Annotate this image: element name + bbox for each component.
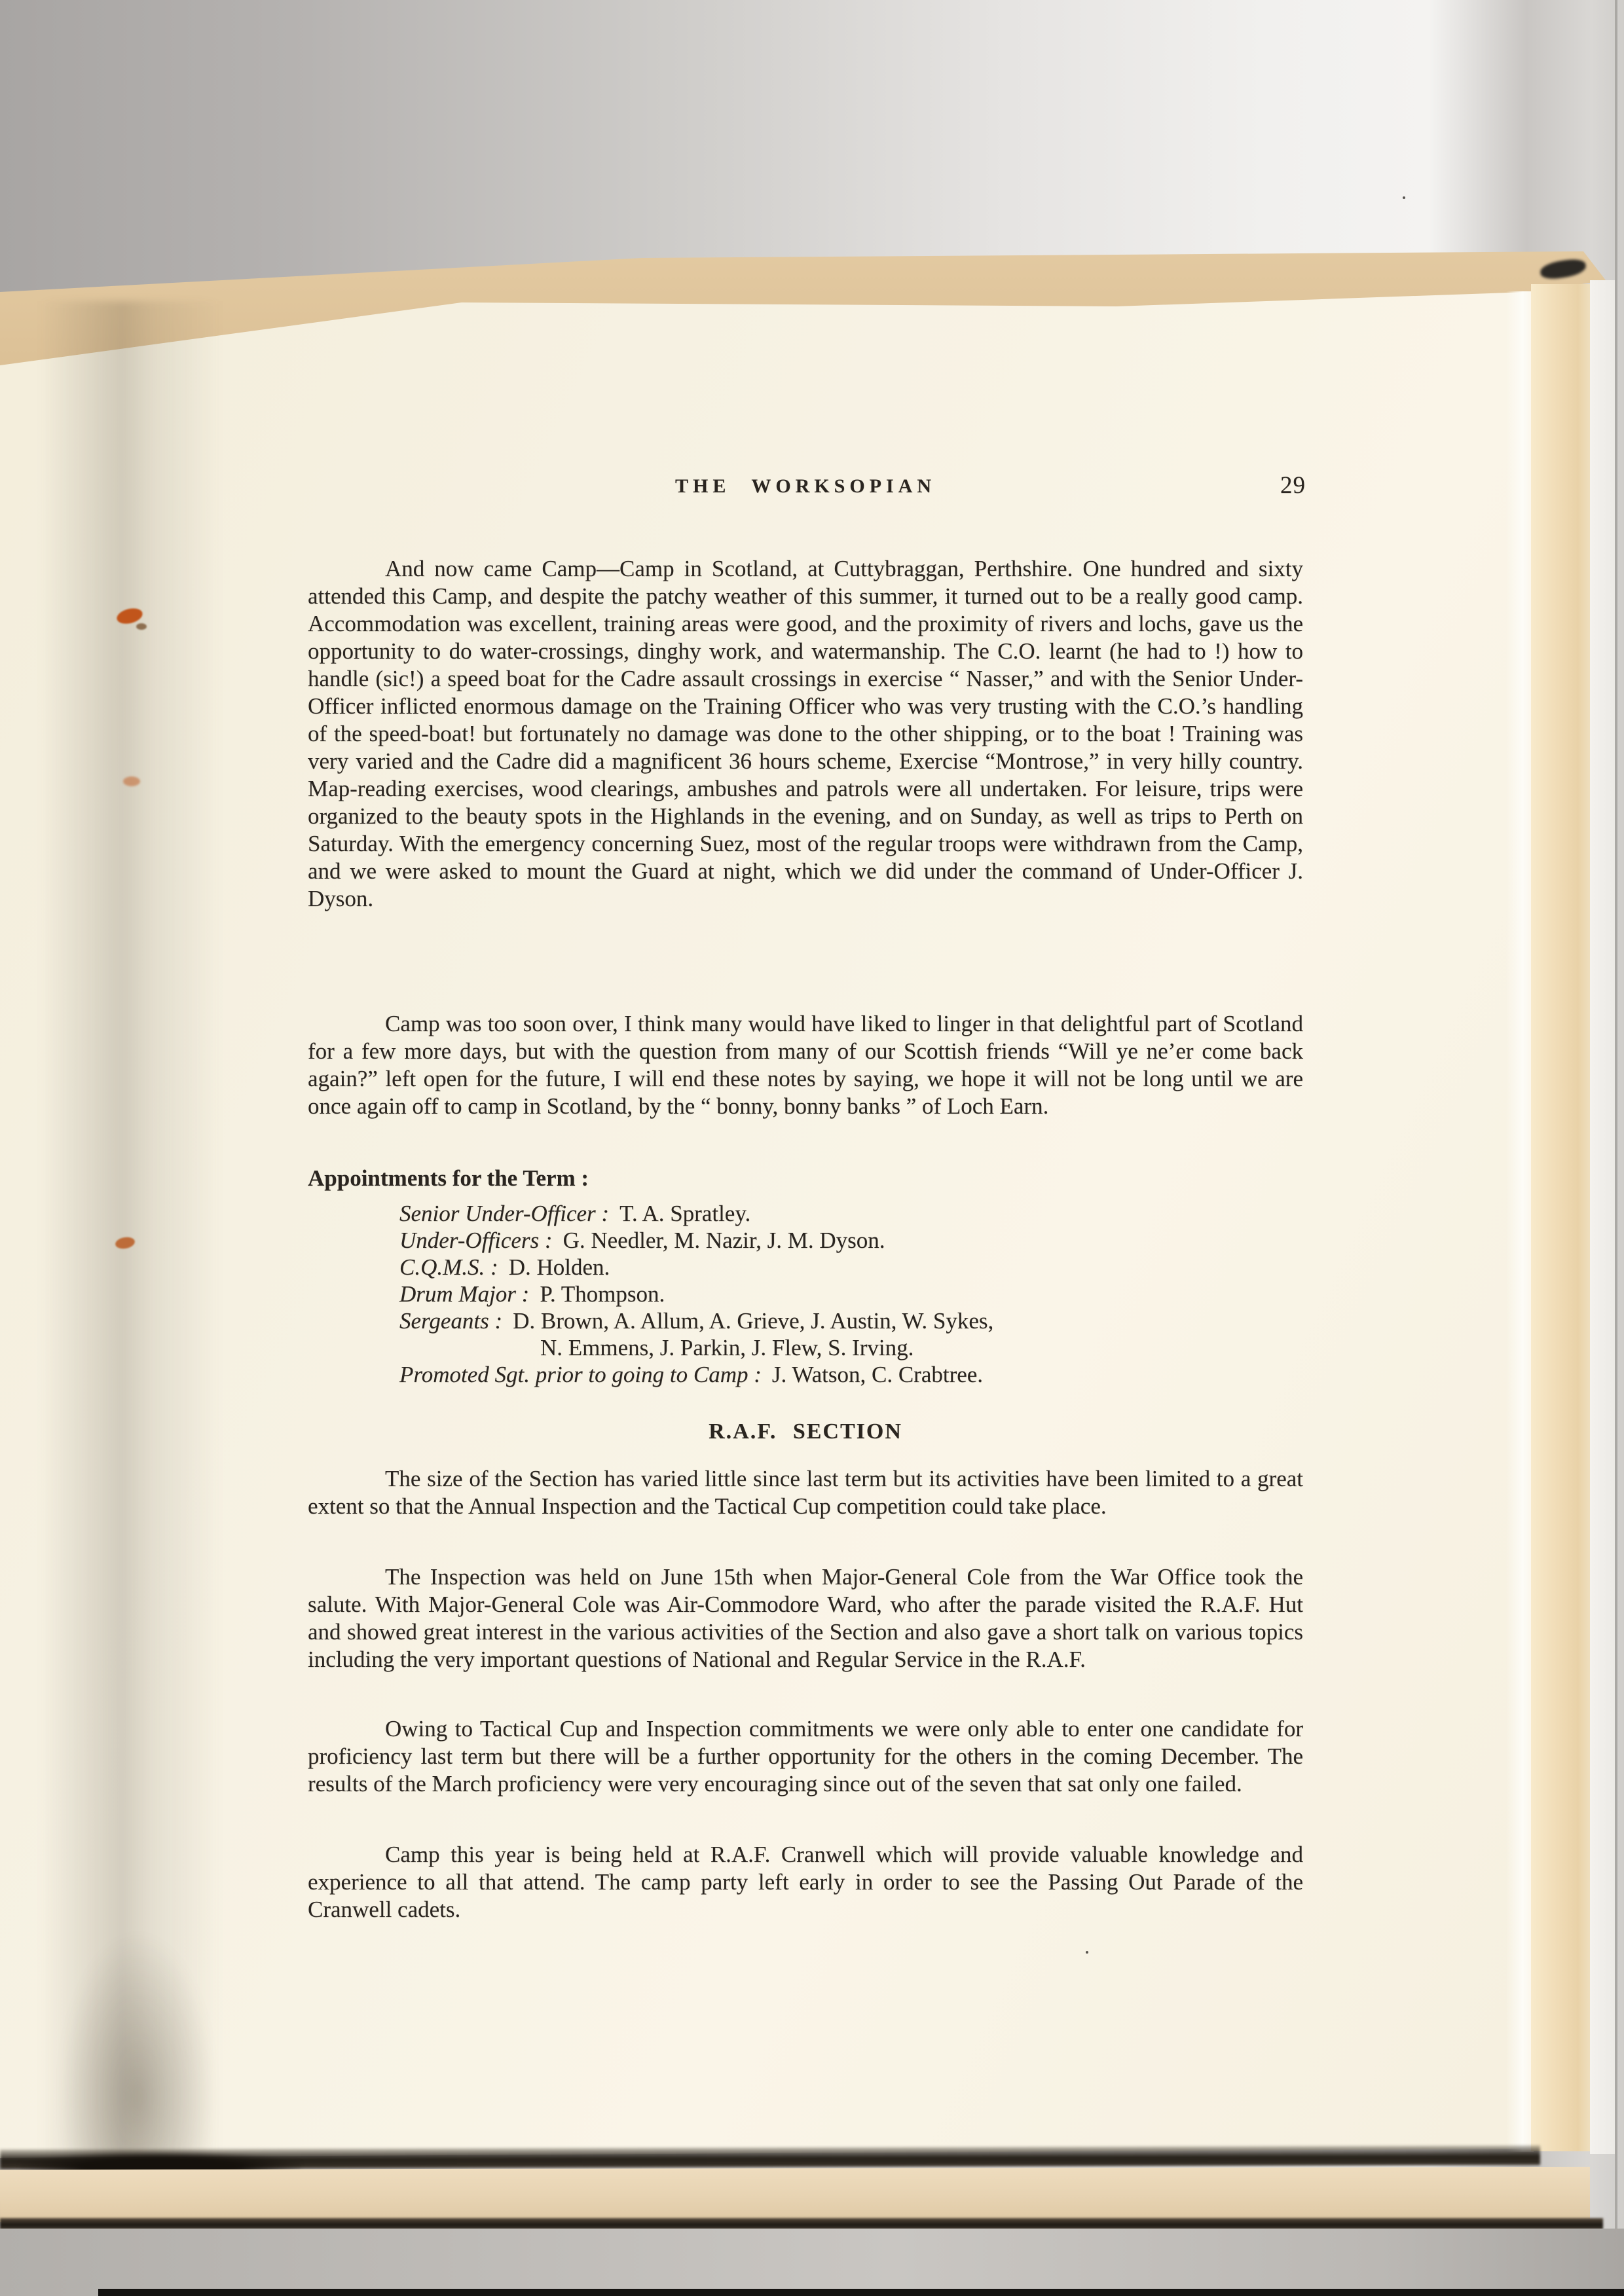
right-margin-band <box>1590 280 1615 2154</box>
book-scan: THE WORKSOPIAN 29 And now came Camp—Camp… <box>0 0 1624 2296</box>
appointment-label: C.Q.M.S. : <box>399 1254 498 1280</box>
appointment-senior-under-officer: Senior Under-Officer :T. A. Spratley. <box>399 1200 1303 1227</box>
appointment-drum-major: Drum Major :P. Thompson. <box>399 1281 1303 1307</box>
appointment-sergeants: Sergeants :D. Brown, A. Allum, A. Grieve… <box>399 1307 1303 1361</box>
journal-title: THE WORKSOPIAN <box>675 475 936 497</box>
raf-paragraph-inspection: The Inspection was held on June 15th whe… <box>308 1563 1303 1673</box>
appointment-value: G. Needler, M. Nazir, J. M. Dyson. <box>563 1228 885 1253</box>
dust-speck <box>1086 1951 1088 1954</box>
running-header: THE WORKSOPIAN 29 <box>308 475 1303 498</box>
appointment-cqms: C.Q.M.S. :D. Holden. <box>399 1254 1303 1281</box>
gutter-shadow <box>39 301 223 2160</box>
raf-section-heading: R.A.F. SECTION <box>308 1419 1303 1444</box>
raf-paragraph-section-size: The size of the Section has varied littl… <box>308 1465 1303 1520</box>
page-number: 29 <box>1280 471 1306 500</box>
raf-paragraph-proficiency: Owing to Tactical Cup and Inspection com… <box>308 1715 1303 1798</box>
appointment-label: Under-Officers : <box>399 1228 553 1253</box>
appointment-value: P. Thompson. <box>540 1281 665 1307</box>
appointment-value: T. A. Spratley. <box>619 1201 750 1226</box>
appointment-value: J. Watson, C. Crabtree. <box>772 1362 983 1387</box>
page-surface <box>0 0 1624 2296</box>
page-block-bottom-edge <box>0 2167 1590 2222</box>
foxing-spot <box>123 776 140 786</box>
paragraph-camp-scotland: And now came Camp—Camp in Scotland, at C… <box>308 555 1303 913</box>
appointment-sergeants-continuation: N. Emmens, J. Parkin, J. Flew, S. Irving… <box>540 1334 1303 1361</box>
appointment-promoted-sgt: Promoted Sgt. prior to going to Camp :J.… <box>399 1361 1303 1388</box>
appointment-value: D. Brown, A. Allum, A. Grieve, J. Austin… <box>513 1308 993 1334</box>
gutter-shadow-bottom <box>59 1931 216 2167</box>
dust-speck <box>1403 196 1405 199</box>
scan-right-edge-line <box>1615 0 1617 2296</box>
foxing-spot <box>136 623 147 630</box>
page-right-edge-highlight <box>1506 291 1534 2152</box>
appointment-label: Promoted Sgt. prior to going to Camp : <box>399 1362 762 1387</box>
appointment-value: D. Holden. <box>509 1254 610 1280</box>
raf-paragraph-cranwell-camp: Camp this year is being held at R.A.F. C… <box>308 1841 1303 1923</box>
appointment-label: Drum Major : <box>399 1281 529 1307</box>
paragraph-camp-farewell: Camp was too soon over, I think many wou… <box>308 1010 1303 1120</box>
appointments-heading: Appointments for the Term : <box>308 1165 589 1192</box>
appointment-label: Sergeants : <box>399 1308 502 1334</box>
appointments-list: Senior Under-Officer :T. A. Spratley. Un… <box>399 1200 1303 1388</box>
page-block-fore-edge <box>1531 284 1591 2151</box>
scan-bottom-black-strip <box>98 2289 1624 2296</box>
scanner-bed-bottom <box>0 2229 1624 2296</box>
appointment-label: Senior Under-Officer : <box>399 1201 609 1226</box>
appointment-under-officers: Under-Officers :G. Needler, M. Nazir, J.… <box>399 1227 1303 1254</box>
